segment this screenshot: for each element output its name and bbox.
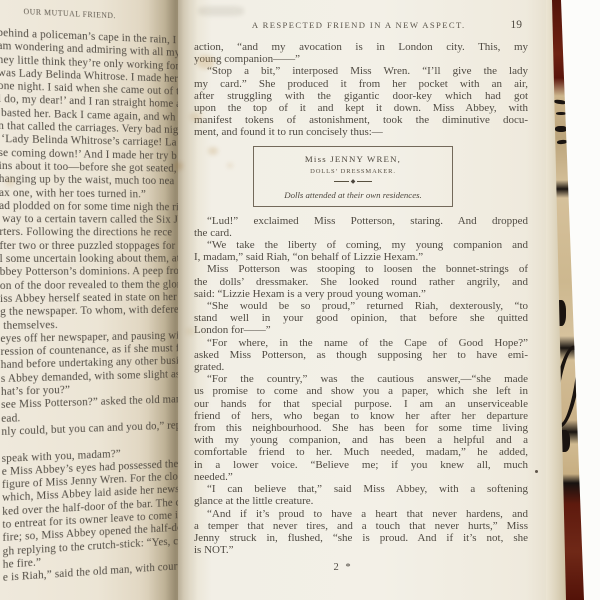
left-page-line: l some uncertain looking about them, at <box>0 252 178 266</box>
paragraph: “For where, in the name of the Cape of G… <box>194 337 528 374</box>
text-line: a temper that never tires, and a touch t… <box>194 520 528 532</box>
text-line: stand well in your good opinion, that be… <box>194 312 528 324</box>
text-line: from this neighbourhood. She has been fo… <box>194 422 528 434</box>
left-page-line: way to a certain tavern called the Six J <box>0 212 178 226</box>
card-ornament-icon: ◆ <box>258 179 448 185</box>
text-line: I, madam,” said Riah, “on behalf of Lizz… <box>194 251 528 263</box>
text-line: ment, and found it to run concisely thus… <box>194 126 528 138</box>
text-line: is NOT.” <box>194 544 528 556</box>
text-line: said: “Lizzie Hexam is a very proud youn… <box>194 288 528 300</box>
card-tagline: Dolls attended at their own residences. <box>258 190 448 200</box>
marble-fleck <box>555 126 567 132</box>
text-line: “For the country,” was the cautious answ… <box>194 373 528 385</box>
right-page-header: A RESPECTED FRIEND IN A NEW ASPECT. 19 <box>178 20 548 34</box>
text-line: asked Miss Potterson, as though supposin… <box>194 349 528 361</box>
text-line: young companion——” <box>194 53 528 65</box>
ornament-rule-right <box>357 181 372 182</box>
left-page-line: rters. Following the directions he rece <box>0 225 178 239</box>
paragraph: action, “and my avocation is in London c… <box>194 41 528 65</box>
text-line: upon the top of it and kept it down. Mis… <box>194 102 528 114</box>
text-line: in a lower voice. “Believe me; if you kn… <box>194 459 528 471</box>
visiting-card: Miss JENNY WREN, DOLLS’ DRESSMAKER. ◆ Do… <box>253 146 453 207</box>
left-page-line: bbey Potterson’s dominions. A peep fro <box>0 264 178 278</box>
text-line: “I can believe that,” said Miss Abbey, w… <box>194 483 528 495</box>
paragraph: “We take the liberty of coming, my young… <box>194 239 528 263</box>
right-page: A RESPECTED FRIEND IN A NEW ASPECT. 19 a… <box>178 0 548 600</box>
text-line: “Stop a bit,” interposed Miss Wren. “I’l… <box>194 65 528 77</box>
text-line: Miss Potterson was stooping to loosen th… <box>194 263 528 275</box>
text-line: the dolls’ dressmaker. She looked round … <box>194 276 528 288</box>
text-line: with my young companion, and has been a … <box>194 434 528 446</box>
text-line: manifest tokens of astonishment, took th… <box>194 114 528 126</box>
text-line: after struggling with the gigantic door-… <box>194 90 528 102</box>
book-photo: OUR MUTUAL FRIEND. behind a policeman’s … <box>0 0 600 600</box>
card-occupation: DOLLS’ DRESSMAKER. <box>258 168 448 175</box>
text-line: glance at the little creature. <box>194 495 528 507</box>
ornament-rule-left <box>334 181 349 182</box>
paragraph: “For the country,” was the cautious answ… <box>194 373 528 483</box>
left-page-line: fter two or three puzzled stoppages for <box>0 239 178 252</box>
marble-fleck <box>556 112 566 115</box>
text-line: the card. <box>194 227 528 239</box>
text-line: action, “and my avocation is in London c… <box>194 41 528 53</box>
text-before-card: action, “and my avocation is in London c… <box>194 41 528 139</box>
text-line: needed.” <box>194 471 528 483</box>
text-line: us promise to come and show you a paper,… <box>194 385 528 397</box>
text-after-card: “Lud!” exclaimed Miss Potterson, staring… <box>194 215 528 557</box>
left-page-surface: OUR MUTUAL FRIEND. behind a policeman’s … <box>0 0 178 600</box>
paragraph: “Stop a bit,” interposed Miss Wren. “I’l… <box>194 65 528 138</box>
text-line: grated. <box>194 361 528 373</box>
text-line: “We take the liberty of coming, my young… <box>194 239 528 251</box>
marble-swirl <box>549 344 585 430</box>
text-line: “She would be so proud,” returned Riah, … <box>194 300 528 312</box>
text-line: Jenny struck in, flushed, “she is proud.… <box>194 532 528 544</box>
marble-pattern <box>550 0 588 600</box>
text-line: “And if it’s proud to have a heart that … <box>194 508 528 520</box>
paragraph: “Lud!” exclaimed Miss Potterson, staring… <box>194 215 528 239</box>
text-line: friend of hers, who began to know her af… <box>194 410 528 422</box>
text-line: comfortable friend to her. Much needed, … <box>194 446 528 458</box>
left-page-line: g the newspaper. To whom, with defere <box>0 302 178 318</box>
text-line: my card.” She produced it from her pocke… <box>194 78 528 90</box>
paragraph: “I can believe that,” said Miss Abbey, w… <box>194 483 528 507</box>
left-page-text: behind a policeman’s cape in the rain, I… <box>0 26 178 584</box>
ornament-diamond-icon: ◆ <box>351 179 356 185</box>
left-running-header: OUR MUTUAL FRIEND. <box>23 7 116 20</box>
signature-mark: 2 * <box>176 562 510 573</box>
chapter-running-header: A RESPECTED FRIEND IN A NEW ASPECT. <box>252 20 466 30</box>
paragraph: “And if it’s proud to have a heart that … <box>194 508 528 557</box>
text-line: “Lud!” exclaimed Miss Potterson, staring… <box>194 215 528 227</box>
card-name: Miss JENNY WREN, <box>258 154 448 164</box>
page-number: 19 <box>511 19 523 31</box>
marble-fleck <box>557 139 567 144</box>
left-page: OUR MUTUAL FRIEND. behind a policeman’s … <box>0 0 178 600</box>
paragraph: “She would be so proud,” returned Riah, … <box>194 300 528 337</box>
marble-fleck <box>554 99 566 105</box>
right-page-text: action, “and my avocation is in London c… <box>194 41 528 573</box>
text-line: “For where, in the name of the Cape of G… <box>194 337 528 349</box>
marbled-cover-edge <box>550 0 588 600</box>
paragraph: Miss Potterson was stooping to loosen th… <box>194 263 528 300</box>
text-line: our hands for that special purpose. I am… <box>194 398 528 410</box>
text-line: London for——” <box>194 324 528 336</box>
marble-fleck <box>555 300 566 326</box>
marble-fleck <box>558 430 570 452</box>
